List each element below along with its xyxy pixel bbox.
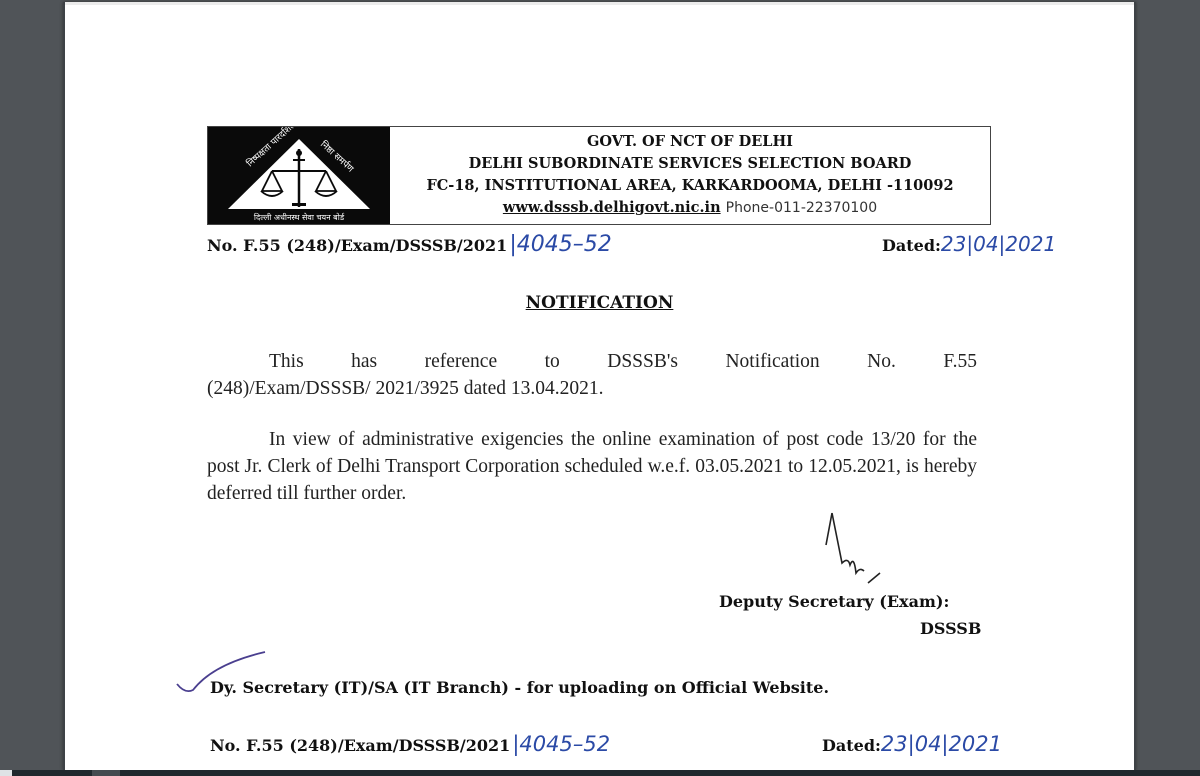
reference-date: Dated:23|04|2021 — [882, 232, 1056, 256]
signatory-title: Deputy Secretary (Exam): — [719, 592, 949, 611]
handwritten-dispatch-number: |4045–52 — [509, 232, 611, 257]
signatory-org: DSSSB — [920, 619, 981, 638]
footer-handwritten-date: 23|04|2021 — [881, 732, 1002, 756]
board-address: FC-18, INSTITUTIONAL AREA, KARKARDOOMA, … — [390, 175, 990, 197]
footer-reference-date: Dated:23|04|2021 — [822, 732, 1002, 756]
board-name: DELHI SUBORDINATE SERVICES SELECTION BOA… — [390, 153, 990, 175]
reference-number: No. F.55 (248)/Exam/DSSSB/2021|4045–52 — [207, 232, 612, 257]
letterhead-text: GOVT. OF NCT OF DELHI DELHI SUBORDINATE … — [390, 127, 990, 224]
signature-icon — [820, 507, 890, 587]
phone-number: Phone-011-22370100 — [726, 200, 877, 216]
page-top-edge — [65, 2, 1134, 5]
notification-title: NOTIFICATION — [65, 293, 1134, 313]
copy-to-line: Dy. Secretary (IT)/SA (IT Branch) - for … — [210, 678, 829, 697]
horizontal-scrollbar[interactable] — [92, 770, 120, 776]
bottom-bar-segment — [0, 770, 12, 776]
website-link[interactable]: www.dsssb.delhigovt.nic.in — [503, 199, 721, 216]
paragraph-deferment: In view of administrative exigencies the… — [207, 426, 977, 507]
document-page: निष्पक्षता पारदर्शिता निष्ठा समर्पण दिल्… — [63, 2, 1136, 770]
viewer-bottom-bar — [0, 770, 1200, 776]
handwritten-date: 23|04|2021 — [941, 232, 1056, 256]
footer-reference-number: No. F.55 (248)/Exam/DSSSB/2021|4045–52 — [210, 732, 610, 756]
footer-handwritten-dispatch-number: |4045–52 — [512, 732, 610, 756]
govt-name: GOVT. OF NCT OF DELHI — [390, 131, 990, 153]
letterhead: निष्पक्षता पारदर्शिता निष्ठा समर्पण दिल्… — [207, 126, 991, 225]
svg-text:दिल्ली अधीनस्थ सेवा चयन बोर्ड: दिल्ली अधीनस्थ सेवा चयन बोर्ड — [254, 212, 345, 222]
dsssb-logo-icon: निष्पक्षता पारदर्शिता निष्ठा समर्पण दिल्… — [208, 127, 390, 224]
paragraph-reference: This has reference to DSSSB's Notificati… — [207, 348, 977, 402]
